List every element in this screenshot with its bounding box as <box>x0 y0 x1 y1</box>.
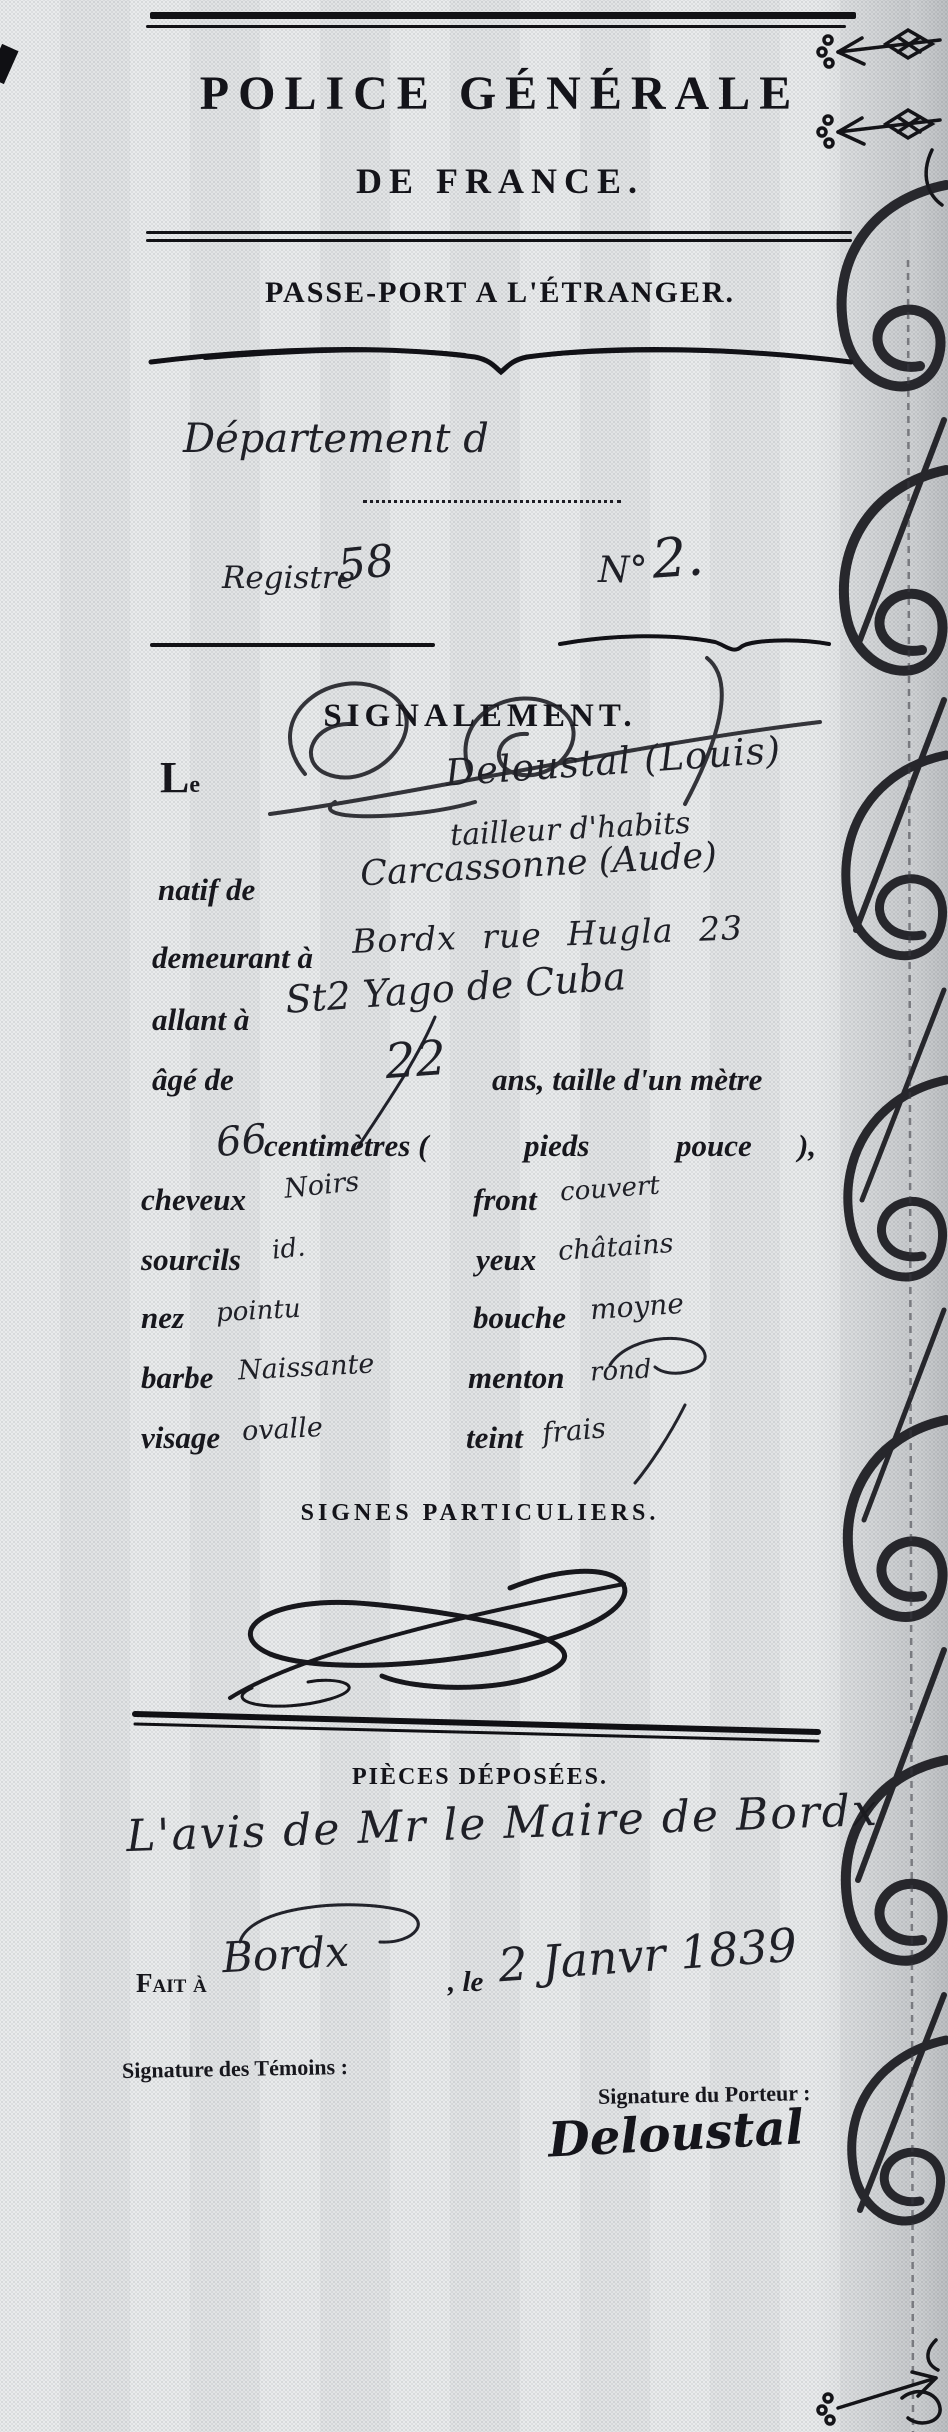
residence-value: Bordx rue Hugla 23 <box>351 908 743 961</box>
issue-date-handwritten: 2 Janvr 1839 <box>496 1918 798 1993</box>
attr-label-bouche: bouche <box>473 1300 566 1336</box>
attr-label-barbe: barbe <box>141 1360 213 1396</box>
ornament-arrow-trefoil-bottom <box>818 2340 940 2424</box>
register-rule-left <box>150 643 435 647</box>
agency-title: POLICE GÉNÉRALE <box>150 66 850 121</box>
attr-value-nez: pointu <box>215 1294 301 1328</box>
margin-calligraphy <box>816 0 948 2432</box>
height-close: ), <box>798 1128 816 1164</box>
country-title: DE FRANCE. <box>150 160 850 202</box>
margin-band <box>816 0 948 2432</box>
register-number: 58 <box>335 535 396 592</box>
attr-label-menton: menton <box>468 1360 564 1396</box>
paraph-flourish <box>190 1548 680 1718</box>
department-dotted-line <box>363 500 621 503</box>
pieces-heading: PIÈCES DÉPOSÉES. <box>150 1764 810 1791</box>
top-rule-thick <box>150 12 856 19</box>
section-double-rule <box>130 1704 825 1748</box>
number-value: 2. <box>650 524 706 590</box>
height-pouce-label: pouce <box>676 1128 752 1164</box>
brace-swash <box>145 344 857 380</box>
attr-label-visage: visage <box>141 1420 220 1456</box>
number-label: N° <box>598 550 648 591</box>
menton-flourish <box>590 1325 720 1485</box>
mid-rule-1 <box>146 231 852 234</box>
top-rule-thin <box>146 25 846 28</box>
attr-label-yeux: yeux <box>476 1242 536 1278</box>
attr-label-cheveux: cheveux <box>141 1182 246 1218</box>
document-type-title: PASSE-PORT A L'ÉTRANGER. <box>150 276 850 310</box>
scan-edge-artifact <box>0 44 19 84</box>
attr-value-barbe: Naissante <box>237 1348 375 1386</box>
attr-value-yeux: châtains <box>557 1228 674 1267</box>
attr-label-nez: nez <box>141 1300 184 1336</box>
age-value: 22 <box>383 1030 448 1090</box>
birth-value: Carcassonne (Aude) <box>359 836 718 895</box>
article-le-small: e <box>189 772 200 798</box>
ornament-arrow-trefoil-top-1 <box>818 30 940 67</box>
birth-label: natif de <box>158 872 255 908</box>
date-prefix-label: , le <box>448 1966 483 1999</box>
height-value: 66 <box>214 1116 269 1166</box>
marks-heading: SIGNES PARTICULIERS. <box>150 1500 810 1527</box>
article-le: Le <box>160 752 200 803</box>
place-flourish <box>230 1896 440 1952</box>
age-label: âgé de <box>152 1062 234 1098</box>
destination-label: allant à <box>152 1002 249 1038</box>
department-label: Département d <box>183 416 489 462</box>
attr-label-teint: teint <box>466 1420 523 1456</box>
register-label: Registre <box>222 560 355 596</box>
bearer-signature: Deloustal <box>547 2099 805 2168</box>
stitch-seam-line <box>908 260 913 2432</box>
made-at-label: Fait à <box>136 1968 207 1999</box>
attr-label-sourcils: sourcils <box>141 1242 241 1278</box>
witnesses-signature-label: Signature des Témoins : <box>122 2054 348 2084</box>
age-suffix: ans, taille d'un mètre <box>492 1062 762 1098</box>
attr-value-sourcils: id. <box>271 1232 307 1265</box>
height-label: centimètres ( <box>264 1128 428 1164</box>
mid-rule-2 <box>146 239 852 242</box>
passport-page: POLICE GÉNÉRALE DE FRANCE. PASSE-PORT A … <box>0 0 948 2432</box>
article-le-cap: L <box>160 753 189 802</box>
height-pieds-label: pieds <box>524 1128 589 1164</box>
pieces-deposited-handwritten: L'avis de Mr le Maire de Bordx <box>125 1785 879 1862</box>
attr-label-front: front <box>473 1182 537 1218</box>
attr-value-cheveux: Noirs <box>283 1166 361 1205</box>
attr-value-bouche: moyne <box>589 1287 685 1326</box>
attr-value-front: couvert <box>559 1171 661 1208</box>
residence-label: demeurant à <box>152 940 313 976</box>
attr-value-visage: ovalle <box>241 1412 323 1447</box>
